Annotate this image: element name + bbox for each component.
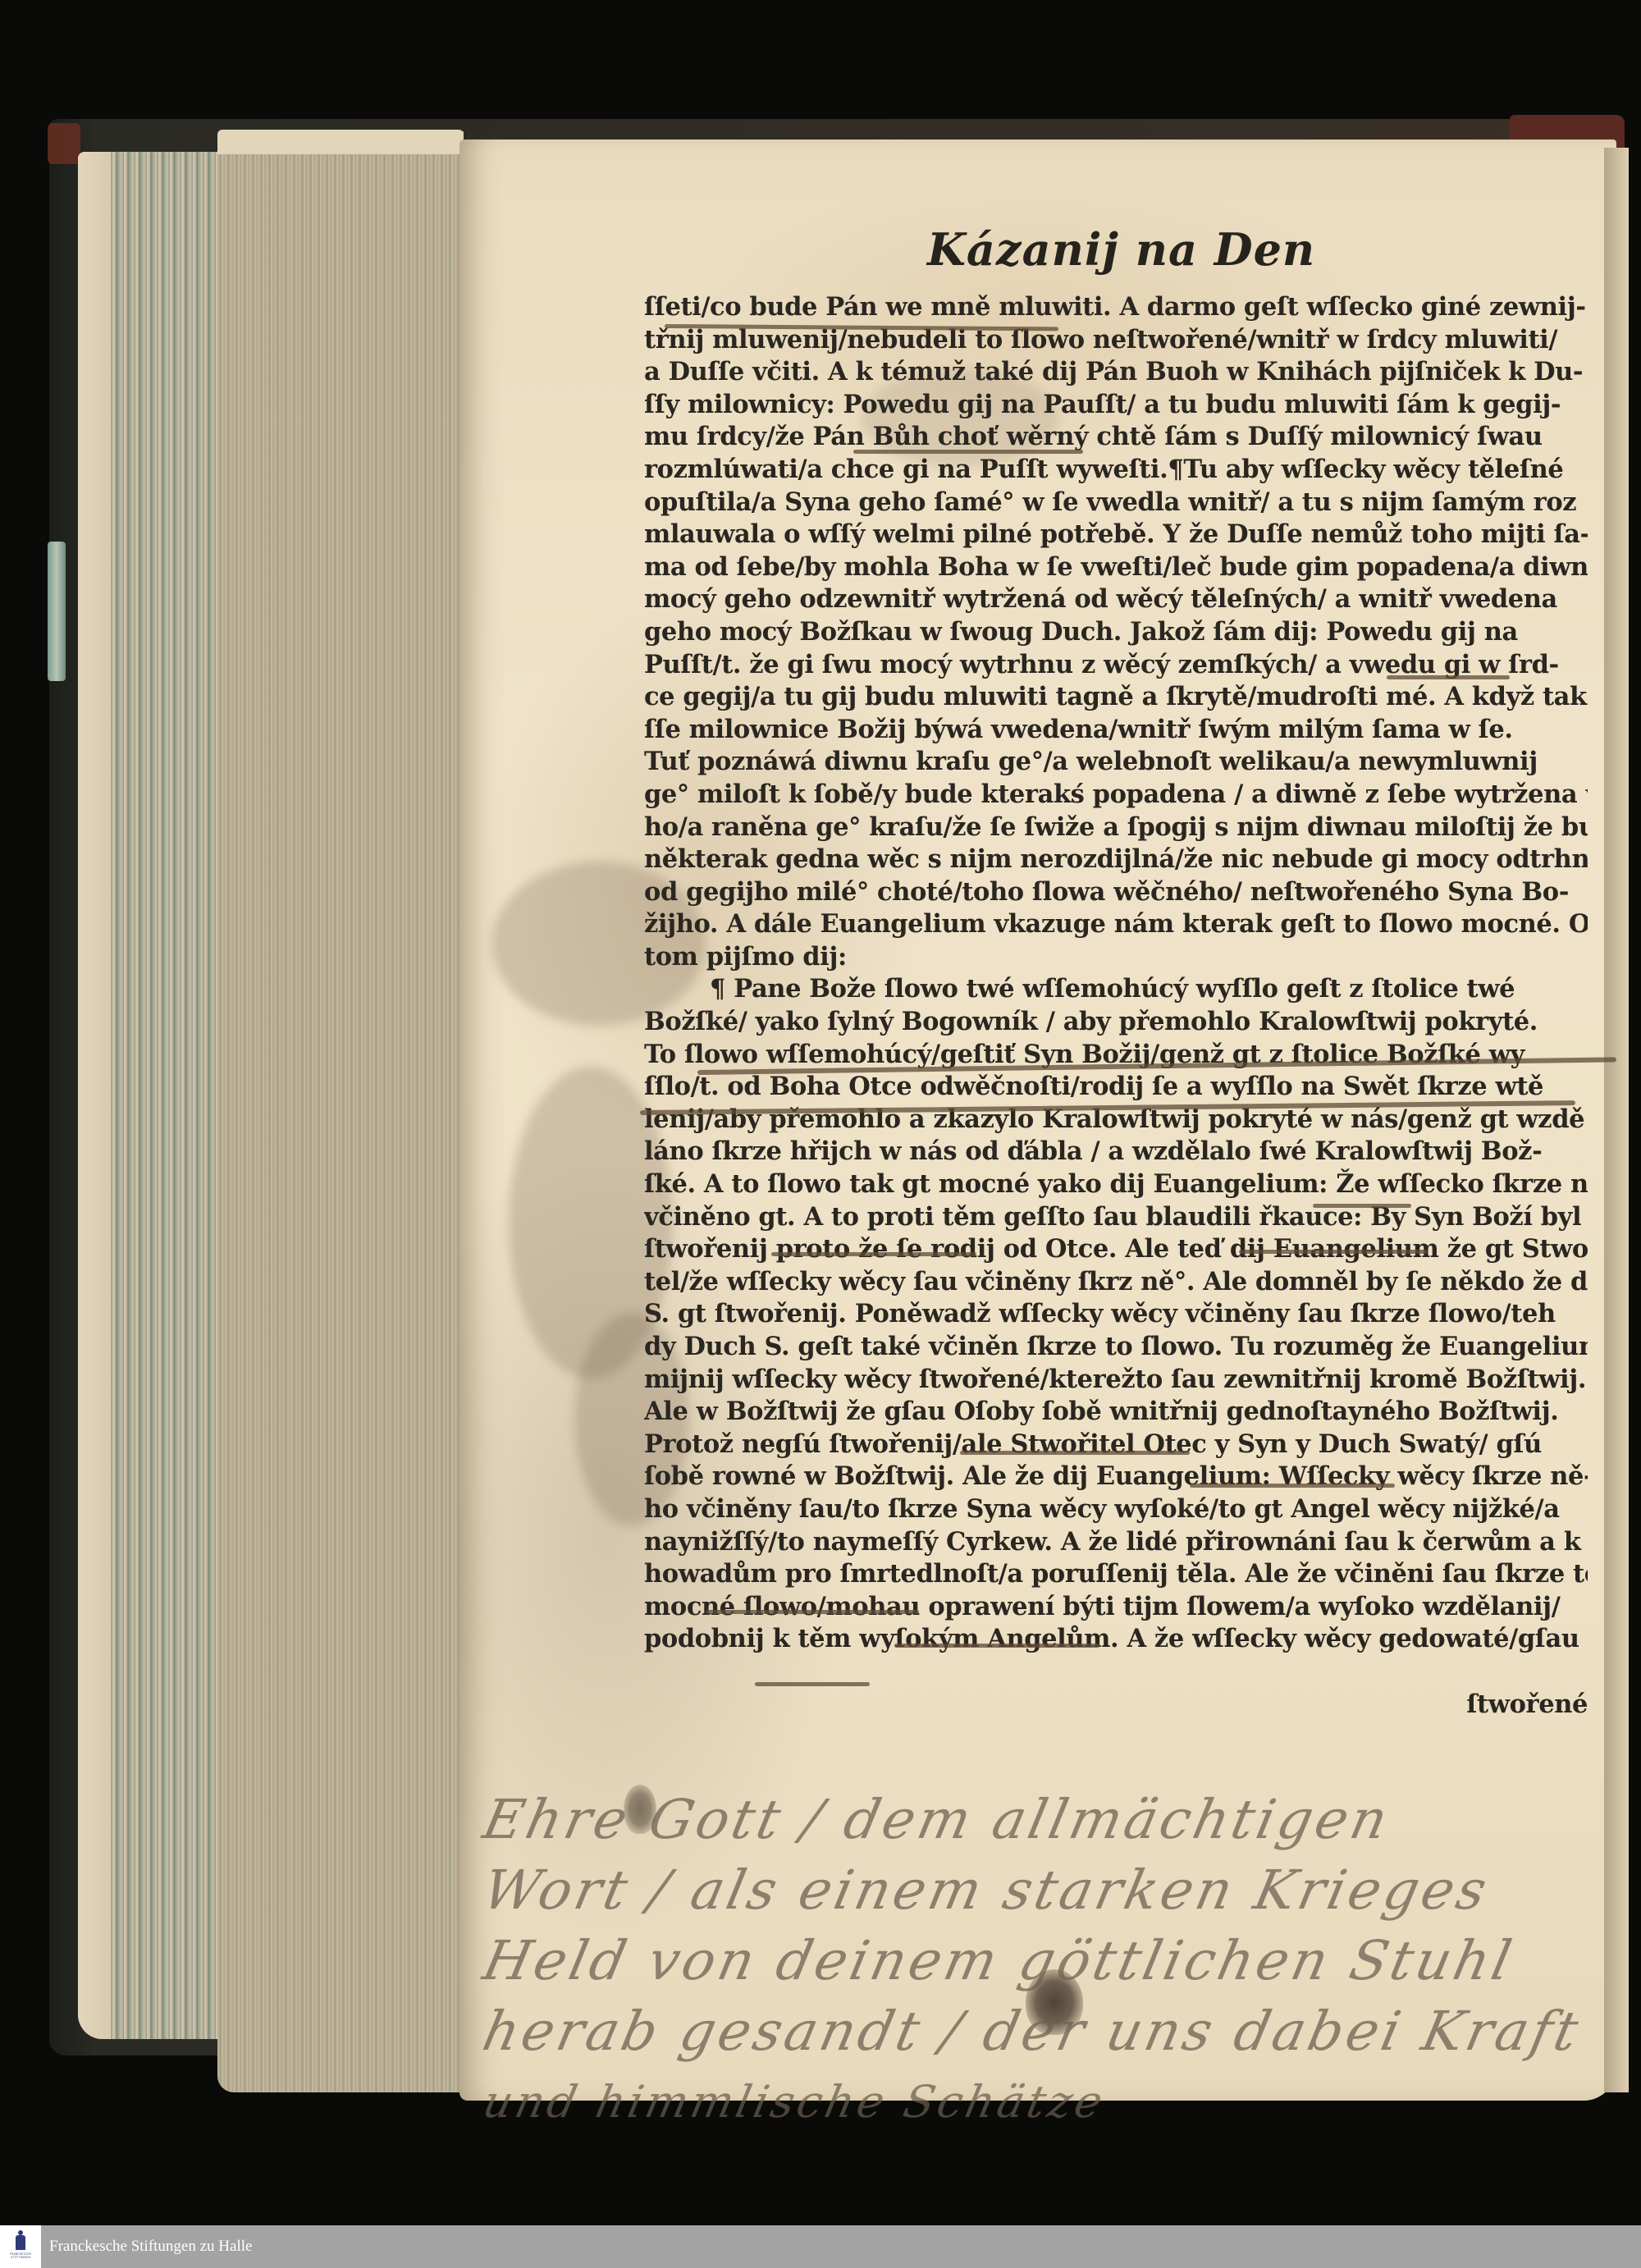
text-line: ſſlo/t. od Boha Otce odwěčnoſti/rodij ſe… <box>644 1071 1588 1104</box>
ink-underline <box>771 1252 976 1256</box>
text-line: od gegijho milé° choté/toho ſlowa wěčnéh… <box>644 876 1588 909</box>
text-line: opuſtila/a Syna geho ſamé° w ſe vwedla w… <box>644 487 1588 519</box>
institution-name: Franckesche Stiftungen zu Halle <box>49 2238 252 2256</box>
text-line: tom pijſmo dij: <box>644 941 1588 974</box>
text-line: ſobě rowné w Božſtwij. Ale že dij Euange… <box>644 1461 1588 1493</box>
worn-leather-corner <box>48 123 80 164</box>
text-line: tel/že wſſecky wěcy ſau včiněny ſkrz ně°… <box>644 1266 1588 1299</box>
text-line: mu ſrdcy/že Pán Bůh choť wěrný chtě ſám … <box>644 421 1588 454</box>
text-line: Tuť poznáwá diwnu kraſu ge°/a welebnoſt … <box>644 746 1588 779</box>
text-line: láno ſkrze hřijch w nás od ďábla / a wzd… <box>644 1136 1588 1168</box>
logo-text: STIFTUNGEN <box>11 2256 30 2259</box>
page-stack-top-edge <box>217 130 464 154</box>
text-line: některak gedna wěc s nijm nerozdijlná/že… <box>644 844 1588 876</box>
ink-underline <box>1239 1250 1428 1254</box>
text-line: ſſy milownicy: Powedu gij na Pauſſt/ a t… <box>644 389 1588 422</box>
text-line: Protož negſú ſtwořenij/ale Stwořitel Ote… <box>644 1429 1588 1461</box>
metal-clasp <box>48 542 66 681</box>
text-line: mocý geho odzewnitř wytržená od wěcý těl… <box>644 583 1588 616</box>
institution-logo: FRANCKESCHE STIFTUNGEN <box>0 2225 41 2268</box>
text-line: ge° miloſt k ſobě/y bude kterakś popaden… <box>644 779 1588 812</box>
ink-underline <box>853 450 1083 454</box>
text-line: geho mocý Božſkau w ſwoug Duch. Jakož ſá… <box>644 616 1588 649</box>
ink-underline <box>960 1451 1190 1455</box>
text-line: mijnij wſſecky wěcy ſtwořené/kterežto ſa… <box>644 1364 1588 1397</box>
ink-underline <box>1190 1484 1395 1488</box>
text-line: Božſké/ yako ſylný Bogowník / aby přemoh… <box>644 1006 1588 1039</box>
ink-blot <box>1026 1969 1083 2035</box>
text-line: ſſeti/co bude Pán we mně mluwiti. A darm… <box>644 291 1588 324</box>
running-head: Kázanij na Den <box>927 223 1313 281</box>
logo-figure-icon <box>16 2235 25 2250</box>
text-line-paragraph-start: ¶ Pane Bože ſlowo twé wſſemohúcý wyſſlo … <box>644 973 1588 1006</box>
text-line: rozmlúwati/a chce gi na Puſſt wyweſti.¶T… <box>644 454 1588 487</box>
text-line: Ale w Božſtwij že gſau Oſoby ſobě wnitřn… <box>644 1396 1588 1429</box>
handwritten-marginalia: Ehre Gott / dem allmächtigen Wort / als … <box>484 1785 1608 2138</box>
text-line: a Duſſe včiti. A k témuž také dij Pán Bu… <box>644 356 1588 389</box>
text-line: S. gt ſtwořenij. Poněwadž wſſecky wěcy v… <box>644 1298 1588 1331</box>
ink-blot <box>624 1785 656 1834</box>
page-stack-inner <box>217 131 464 2092</box>
text-line: ſtwořenij proto že ſe rodij od Otce. Ale… <box>644 1233 1588 1266</box>
flyleaf-edge <box>78 152 111 2039</box>
text-line: naynižſſý/to naymeſſý Cyrkew. A že lidé … <box>644 1526 1588 1559</box>
ink-underline <box>706 1610 919 1614</box>
text-line: ſké. A to ſlowo tak gt mocné yako dij Eu… <box>644 1168 1588 1201</box>
handwriting-line: und himmlische Schätze <box>477 2067 1616 2138</box>
text-line: ho/a raněna ge° kraſu/že ſe ſwiže a ſpog… <box>644 812 1588 844</box>
text-line: mlauwala o wſſý welmi pilné potřebě. Y ž… <box>644 519 1588 551</box>
text-line: žijho. A dále Euangelium vkazuge nám kte… <box>644 908 1588 941</box>
text-line: ſſe milownice Božij býwá vwedena/wnitř ſ… <box>644 714 1588 747</box>
text-line: howadům pro ſmrtedlnoſt/a poruſſenij těl… <box>644 1558 1588 1591</box>
catchword: ſtwořené <box>644 1689 1588 1722</box>
text-line: včiněno gt. A to proti těm geſſto ſau bl… <box>644 1201 1588 1234</box>
text-line: ce gegij/a tu gij budu mluwiti tagně a ſ… <box>644 681 1588 714</box>
text-line: ma od ſebe/by mohla Boha w ſe vweſti/leč… <box>644 551 1588 584</box>
text-line: mocné ſlowo/mohau oprawení býti tijm ſlo… <box>644 1591 1588 1624</box>
handwriting-line: Wort / als einem starken Krieges <box>477 1855 1616 1926</box>
body-text: ſſeti/co bude Pán we mně mluwiti. A darm… <box>644 291 1588 1721</box>
ink-underline <box>894 1644 1099 1648</box>
text-line: dy Duch S. geſt také včiněn ſkrze to ſlo… <box>644 1331 1588 1364</box>
footer-bar: FRANCKESCHE STIFTUNGEN Franckesche Stift… <box>0 2225 1641 2268</box>
text-line: ho včiněny ſau/to ſkrze Syna wěcy wyſoké… <box>644 1493 1588 1526</box>
ink-underline <box>1313 1204 1411 1208</box>
ink-underline <box>1387 675 1510 679</box>
text-line: podobnij k těm wyſokým Angelům. A že wſſ… <box>644 1623 1588 1656</box>
ink-underline <box>755 1682 870 1686</box>
